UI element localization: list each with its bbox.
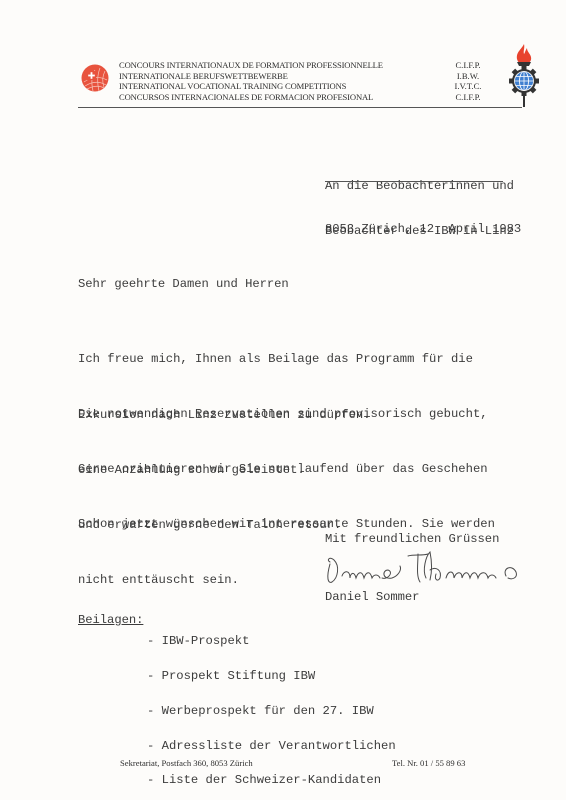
org-name-de: INTERNATIONALE BERUFSWETTBEWERBE (119, 71, 383, 82)
abbrev-en: I.V.T.C. (448, 81, 488, 92)
salutation: Sehr geehrte Damen und Herren (78, 277, 289, 292)
enclosures-label: Beilagen: (78, 613, 143, 628)
enclosures-list: - IBW-Prospekt - Prospekt Stiftung IBW -… (147, 613, 396, 799)
signer-name: Daniel Sommer (325, 590, 419, 605)
abbrev-fr: C.I.F.P. (448, 60, 488, 71)
paragraph-line: Die notwendigen Reservationen sind provi… (78, 405, 488, 424)
footer-phone: Tel. Nr. 01 / 55 89 63 (392, 758, 465, 768)
recipient-underline (325, 181, 503, 182)
paragraph-line: Schon jetzt wünschen wir interessante St… (78, 515, 495, 534)
abbrev-es: C.I.F.P. (448, 92, 488, 103)
org-name-fr: CONCOURS INTERNATIONAUX DE FORMATION PRO… (119, 60, 383, 71)
organization-abbreviations: C.I.F.P. I.B.W. I.V.T.C. C.I.F.P. (448, 60, 488, 103)
header-divider (78, 107, 522, 108)
org-name-es: CONCURSOS INTERNACIONALES DE FORMACION P… (119, 92, 383, 103)
organization-names: CONCOURS INTERNATIONAUX DE FORMATION PRO… (119, 60, 383, 103)
place-and-date: 8053 Zürich, 12. April 1983 (325, 222, 521, 237)
org-name-en: INTERNATIONAL VOCATIONAL TRAINING COMPET… (119, 81, 383, 92)
enclosure-item: - Prospekt Stiftung IBW (147, 671, 396, 683)
recipient-address: An die Beobachterinnen und Beobachter de… (325, 149, 514, 254)
paragraph-line: Gerne orientieren wir Sie nun laufend üb… (78, 460, 488, 479)
enclosure-item: - IBW-Prospekt (147, 636, 396, 648)
enclosure-item: - Adressliste der Verantwortlichen (147, 741, 396, 753)
abbrev-de: I.B.W. (448, 71, 488, 82)
closing: Mit freundlichen Grüssen (325, 532, 499, 547)
enclosure-item: - Werbeprospekt für den 27. IBW (147, 706, 396, 718)
swiss-cross-globe-icon (81, 64, 109, 92)
paragraph-line: Ich freue mich, Ihnen als Beilage das Pr… (78, 350, 473, 369)
enclosure-item: - Liste der Schweizer-Kandidaten (147, 775, 396, 787)
footer-address: Sekretariat, Postfach 360, 8053 Zürich (120, 758, 253, 768)
handwritten-signature (322, 548, 547, 588)
torch-gear-globe-icon (505, 42, 543, 108)
